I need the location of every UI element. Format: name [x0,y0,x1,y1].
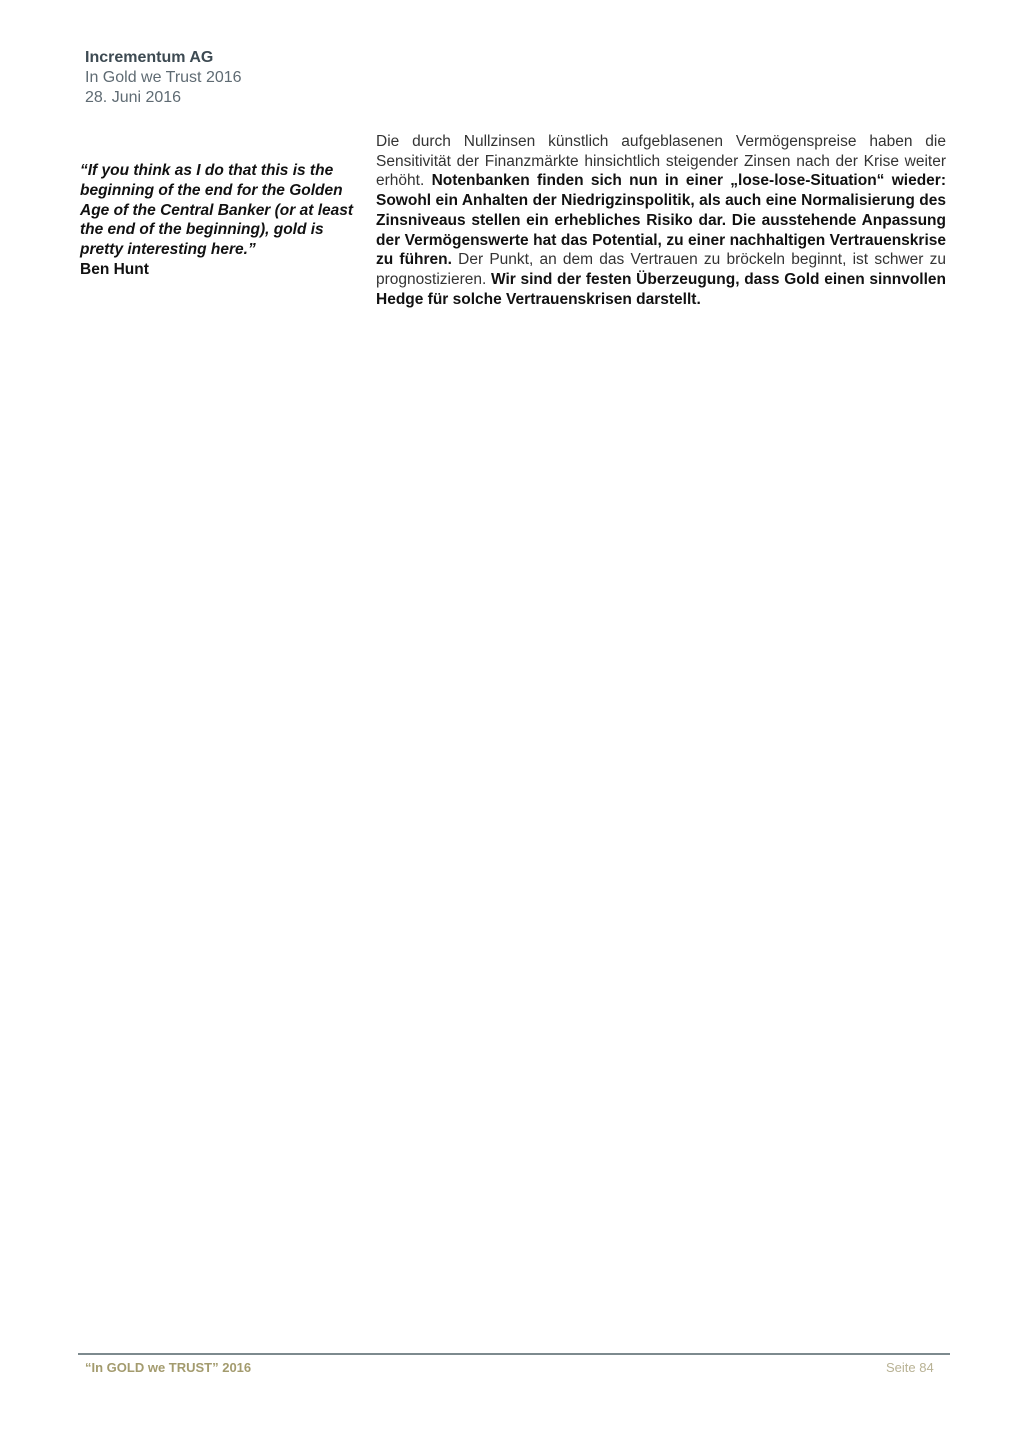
report-date: 28. Juni 2016 [85,88,242,108]
sidebar-quote: “If you think as I do that this is the b… [80,161,370,280]
footer-divider [78,1353,950,1355]
footer-report-name: “In GOLD we TRUST” 2016 [85,1360,251,1375]
page-number: Seite 84 [886,1360,934,1375]
quote-text: “If you think as I do that this is the b… [80,162,353,258]
page-header: Incrementum AG In Gold we Trust 2016 28.… [85,48,242,108]
company-name: Incrementum AG [85,48,242,68]
main-paragraph: Die durch Nullzinsen künstlich aufgeblas… [376,132,946,309]
quote-author: Ben Hunt [80,260,370,280]
report-title: In Gold we Trust 2016 [85,68,242,88]
